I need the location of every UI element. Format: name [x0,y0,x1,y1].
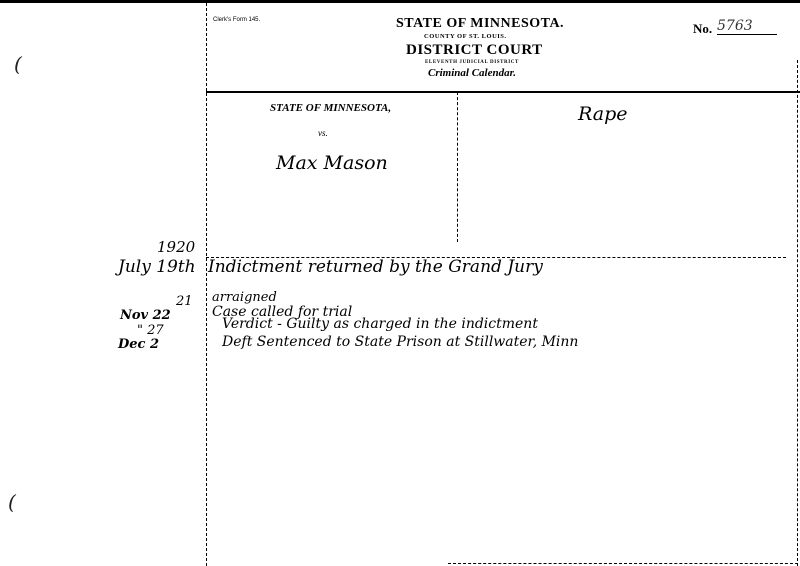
entry-date: 21 [176,294,193,309]
right-margin-rule [797,60,798,566]
entry-text: Deft Sentenced to State Prison at Stillw… [222,334,578,350]
case-number-label: No. [693,21,712,37]
state-title: STATE OF MINNESOTA. [396,16,564,32]
entry-date: " 27 [137,323,164,338]
margin-mark: ( [8,490,16,514]
entry-date: Dec 2 [118,337,159,352]
left-margin-rule [206,3,207,566]
top-border [0,0,800,3]
docket-year: 1920 [157,238,195,256]
county-label: COUNTY OF ST. LOUIS. [424,33,507,40]
entry-text: Indictment returned by the Grand Jury [208,257,543,277]
bottom-rule [448,563,798,564]
form-number: Clerk's Form 145. [213,17,260,23]
caption-divider [457,92,458,242]
court-title: DISTRICT COURT [406,42,543,59]
entry-date: Nov 22 [120,308,171,323]
versus-label: vs. [318,128,328,138]
district-label: ELEVENTH JUDICIAL DISTRICT [425,60,519,65]
defendant-name: Max Mason [276,152,388,174]
margin-mark: ( [14,52,22,76]
plaintiff: STATE OF MINNESOTA, [270,102,391,114]
case-number-value: 5763 [717,18,777,35]
header-divider [206,91,800,93]
charge: Rape [578,103,627,125]
entry-text: arraigned [212,290,277,305]
entry-text: Verdict - Guilty as charged in the indic… [222,316,538,332]
entry-date: July 19th [118,257,196,277]
calendar-title: Criminal Calendar. [428,67,516,79]
